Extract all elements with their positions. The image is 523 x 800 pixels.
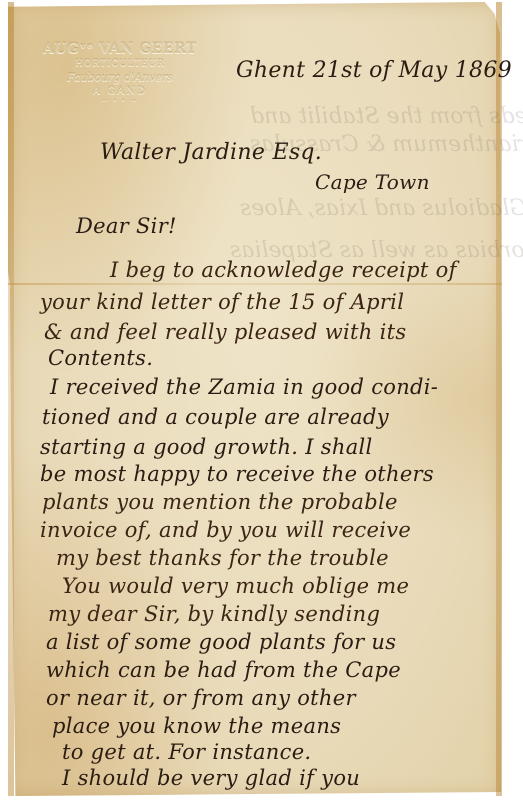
body-line: to get at. For instance. [62, 740, 311, 764]
bleed-through-text: Gladiolus and Ixias, Aloes [240, 196, 523, 221]
recipient-name: Walter Jardine Esq. [100, 140, 322, 165]
body-line: You would very much oblige me [62, 574, 409, 598]
letterhead-street: Faubourg d'Anvers [40, 72, 200, 84]
body-line: which can be had from the Cape [46, 658, 401, 682]
body-line: be most happy to receive the others [40, 462, 434, 486]
body-line: I should be very glad if you [62, 766, 360, 790]
body-line: my best thanks for the trouble [56, 546, 389, 570]
body-line: & and feel really pleased with its [44, 320, 406, 344]
body-line: place you know the means [52, 714, 341, 738]
body-line: Contents. [48, 346, 153, 370]
embossed-letterhead: AUGᵛᵉ VAN GEERT HORTICULTEUR Faubourg d'… [40, 42, 200, 105]
body-line: a list of some good plants for us [46, 630, 396, 654]
fold-crease [8, 283, 502, 285]
letterhead-name: AUGᵛᵉ VAN GEERT [40, 42, 200, 57]
letterhead-city: À GAND [40, 86, 200, 97]
body-line: invoice of, and by you will receive [40, 518, 411, 542]
body-line: my dear Sir, by kindly sending [48, 602, 380, 626]
bleed-through-text: seeds from the Stabilit and [250, 104, 523, 129]
body-line: I beg to acknowledge receipt of [110, 258, 457, 282]
body-line: your kind letter of the 15 of April [40, 290, 404, 314]
body-line: tioned and a couple are already [42, 405, 389, 429]
dateline: Ghent 21st of May 1869 [236, 58, 512, 83]
letterhead-trade: HORTICULTEUR [40, 60, 200, 70]
recipient-city: Cape Town [315, 170, 430, 194]
left-edge-stain [8, 2, 14, 796]
body-line: or near it, or from any other [46, 686, 356, 710]
body-line: I received the Zamia in good condi- [50, 375, 438, 399]
body-line: starting a good growth. I shall [40, 435, 373, 459]
letterhead-ornament: — ∙ ∙ — [40, 98, 200, 105]
body-line: plants you mention the probable [42, 490, 398, 514]
salutation: Dear Sir! [76, 214, 177, 238]
